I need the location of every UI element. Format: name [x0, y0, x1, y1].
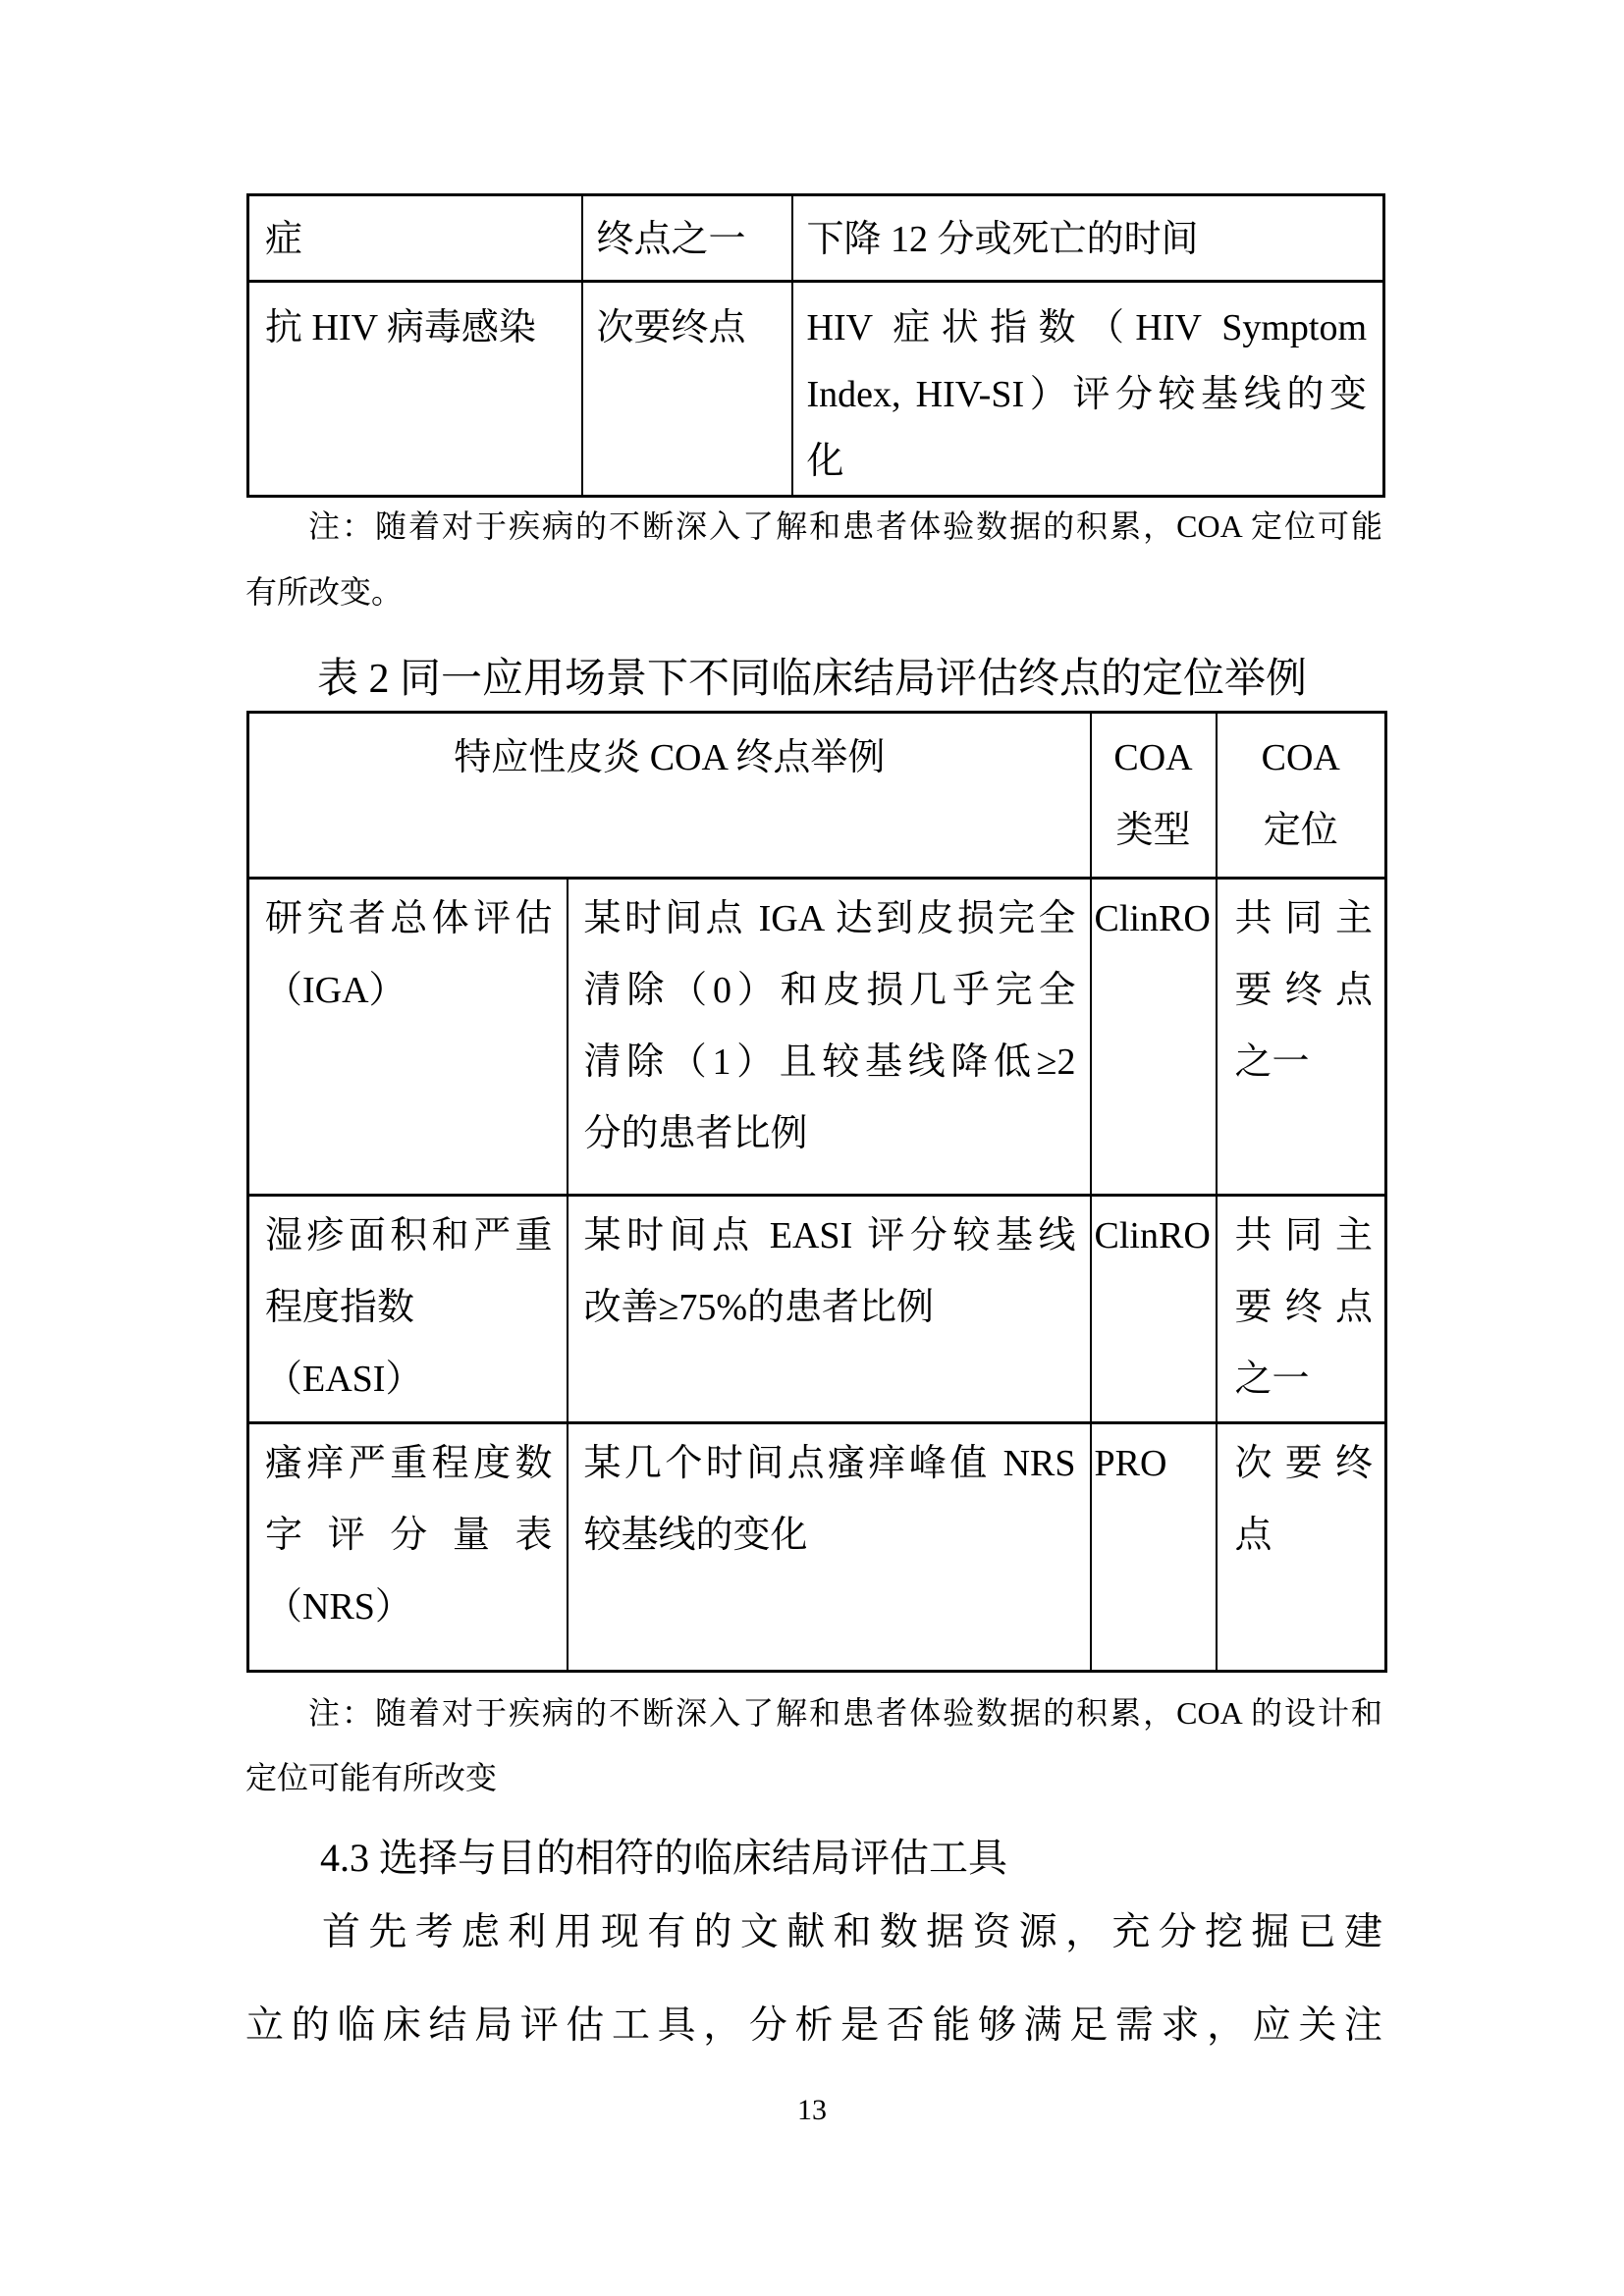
- cell-endpoint: 下降 12 分或死亡的时间: [792, 195, 1384, 282]
- cell-text: 点: [1235, 1500, 1374, 1572]
- cell-text: 共 同 主: [1235, 1201, 1374, 1272]
- cell-text: 研究者总体评估: [265, 883, 553, 955]
- cell-text: 清除（1）且较基线降低≥2: [584, 1027, 1076, 1098]
- header-text: 特应性皮炎 COA 终点举例: [249, 721, 1090, 794]
- cell-text: 之一: [1235, 1344, 1374, 1415]
- table-row: 抗 HIV 病毒感染 次要终点 HIV 症状指数（HIV Symptom Ind…: [248, 282, 1384, 497]
- cell-positioning: 次要终点: [582, 282, 792, 497]
- table-row: 瘙痒严重程度数 字 评 分 量 表 （NRS） 某几个时间点瘙痒峰值 NRS 较…: [248, 1423, 1386, 1672]
- table-row: 研究者总体评估 （IGA） 某时间点 IGA 达到皮损完全 清除（0）和皮损几乎…: [248, 879, 1386, 1196]
- cell-scenario: 症: [248, 195, 582, 282]
- cell-text: 次要终点: [597, 294, 782, 361]
- cell-text: 终点之一: [597, 208, 782, 271]
- cell-text: 程度指数: [265, 1272, 553, 1344]
- header-cell-coa-type: COA 类型: [1091, 713, 1217, 879]
- cell-text: 某时间点 EASI 评分较基线: [584, 1201, 1076, 1272]
- cell-text: 字 评 分 量 表: [265, 1500, 553, 1572]
- footnote-line: 有所改变。: [245, 560, 1382, 625]
- section-paragraph: 首先考虑利用现有的文献和数据资源，充分挖掘已建 立的临床结局评估工具，分析是否能…: [245, 1886, 1382, 2072]
- table-atopic-dermatitis-coa: 特应性皮炎 COA 终点举例 COA 类型 COA 定位 研究者总体评估 （IG…: [246, 711, 1387, 1673]
- paragraph-line: 立的临床结局评估工具，分析是否能够满足需求，应关注: [245, 1979, 1382, 2072]
- header-cell-examples: 特应性皮炎 COA 终点举例: [248, 713, 1091, 879]
- table-row: 湿疹面积和严重 程度指数 （EASI） 某时间点 EASI 评分较基线 改善≥7…: [248, 1196, 1386, 1423]
- cell-text: （IGA）: [265, 955, 553, 1027]
- cell-coa-position: 次 要 终 点: [1217, 1423, 1386, 1672]
- table2-footnote: 注：随着对于疾病的不断深入了解和患者体验数据的积累，COA 的设计和 定位可能有…: [245, 1681, 1382, 1810]
- cell-text: （EASI）: [265, 1344, 553, 1415]
- cell-text: 抗 HIV 病毒感染: [265, 294, 569, 361]
- cell-endpoint: 某时间点 EASI 评分较基线 改善≥75%的患者比例: [568, 1196, 1091, 1423]
- cell-positioning: 终点之一: [582, 195, 792, 282]
- header-cell-coa-position: COA 定位: [1217, 713, 1386, 879]
- cell-measure: 瘙痒严重程度数 字 评 分 量 表 （NRS）: [248, 1423, 568, 1672]
- page-number: 13: [0, 2089, 1624, 2132]
- header-text: COA: [1218, 721, 1385, 794]
- cell-text: 某时间点 IGA 达到皮损完全: [584, 883, 1076, 955]
- header-text: 类型: [1092, 794, 1216, 867]
- cell-text: 要 终 点: [1235, 955, 1374, 1027]
- cell-text: ClinRO: [1095, 1201, 1214, 1272]
- cell-measure: 研究者总体评估 （IGA）: [248, 879, 568, 1196]
- cell-endpoint: 某几个时间点瘙痒峰值 NRS 较基线的变化: [568, 1423, 1091, 1672]
- cell-coa-position: 共 同 主 要 终 点 之一: [1217, 1196, 1386, 1423]
- cell-endpoint: 某时间点 IGA 达到皮损完全 清除（0）和皮损几乎完全 清除（1）且较基线降低…: [568, 879, 1091, 1196]
- document-page: 症 终点之一 下降 12 分或死亡的时间 抗 HIV 病毒感染 次要终点 HIV…: [0, 0, 1624, 2296]
- table-header-row: 特应性皮炎 COA 终点举例 COA 类型 COA 定位: [248, 713, 1386, 879]
- section-heading: 4.3 选择与目的相符的临床结局评估工具: [245, 1824, 1382, 1893]
- cell-text: ClinRO: [1095, 883, 1214, 955]
- table1-footnote: 注：随着对于疾病的不断深入了解和患者体验数据的积累，COA 定位可能 有所改变。: [245, 494, 1382, 625]
- paragraph-line: 首先考虑利用现有的文献和数据资源，充分挖掘已建: [245, 1886, 1382, 1979]
- cell-text: PRO: [1095, 1428, 1214, 1500]
- cell-text: HIV 症状指数（HIV Symptom: [807, 294, 1368, 361]
- footnote-line: 注：随着对于疾病的不断深入了解和患者体验数据的积累，COA 定位可能: [245, 494, 1382, 560]
- cell-text: 瘙痒严重程度数: [265, 1428, 553, 1500]
- cell-text: Index, HIV-SI）评分较基线的变: [807, 361, 1368, 428]
- cell-coa-type: ClinRO: [1091, 879, 1217, 1196]
- cell-text: 下降 12 分或死亡的时间: [807, 208, 1368, 271]
- cell-text: 要 终 点: [1235, 1272, 1374, 1344]
- cell-endpoint: HIV 症状指数（HIV Symptom Index, HIV-SI）评分较基线…: [792, 282, 1384, 497]
- cell-text: 次 要 终: [1235, 1428, 1374, 1500]
- header-text: 定位: [1218, 794, 1385, 867]
- cell-text: 较基线的变化: [584, 1500, 1076, 1572]
- cell-text: 湿疹面积和严重: [265, 1201, 553, 1272]
- cell-measure: 湿疹面积和严重 程度指数 （EASI）: [248, 1196, 568, 1423]
- header-text: COA: [1092, 721, 1216, 794]
- table-hiv-endpoints: 症 终点之一 下降 12 分或死亡的时间 抗 HIV 病毒感染 次要终点 HIV…: [246, 193, 1385, 498]
- cell-coa-type: PRO: [1091, 1423, 1217, 1672]
- cell-text: 化: [807, 428, 1368, 495]
- cell-scenario: 抗 HIV 病毒感染: [248, 282, 582, 497]
- cell-text: 清除（0）和皮损几乎完全: [584, 955, 1076, 1027]
- table2-caption: 表 2 同一应用场景下不同临床结局评估终点的定位举例: [0, 650, 1624, 709]
- cell-coa-type: ClinRO: [1091, 1196, 1217, 1423]
- footnote-line: 定位可能有所改变: [245, 1745, 1382, 1810]
- table-row: 症 终点之一 下降 12 分或死亡的时间: [248, 195, 1384, 282]
- cell-text: 症: [265, 208, 569, 271]
- cell-text: 共 同 主: [1235, 883, 1374, 955]
- cell-text: （NRS）: [265, 1572, 553, 1643]
- cell-text: 某几个时间点瘙痒峰值 NRS: [584, 1428, 1076, 1500]
- cell-text: 之一: [1235, 1027, 1374, 1098]
- cell-text: 分的患者比例: [584, 1098, 1076, 1170]
- cell-coa-position: 共 同 主 要 终 点 之一: [1217, 879, 1386, 1196]
- footnote-line: 注：随着对于疾病的不断深入了解和患者体验数据的积累，COA 的设计和: [245, 1681, 1382, 1745]
- cell-text: 改善≥75%的患者比例: [584, 1272, 1076, 1344]
